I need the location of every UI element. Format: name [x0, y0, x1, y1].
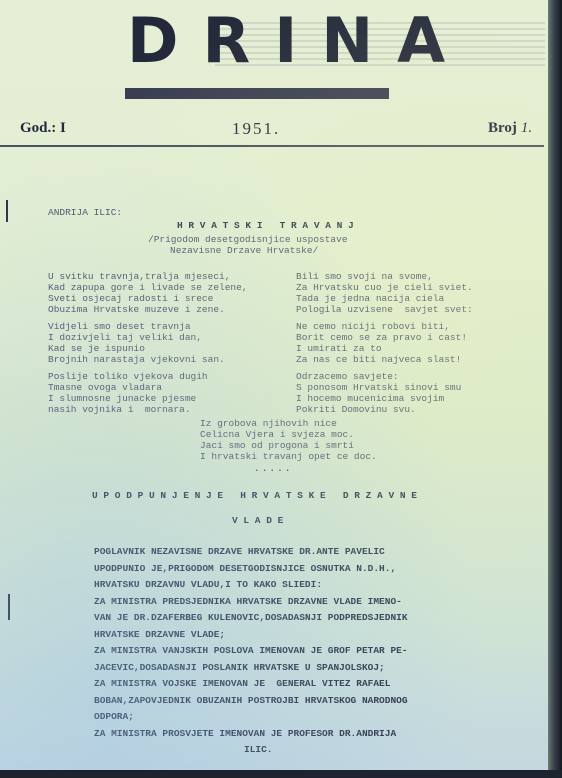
- poem-line: Borit cemo se za pravo i cast!: [296, 332, 473, 343]
- poem-line: I umirati za to: [296, 343, 473, 354]
- article-line: HRVATSKU DRZAVNU VLADU,I TO KAKO SLIEDI:: [94, 577, 408, 594]
- article-line: ZA MINISTRA VANJSKIH POSLOVA IMENOVAN JE…: [94, 643, 408, 660]
- poem-line: Brojnih narastaja vjekovni san.: [48, 354, 248, 365]
- poem-line: Tada je jedna nacija ciela: [296, 293, 473, 304]
- poem-line: Kad zapupa gore i livade se zelene,: [48, 282, 248, 293]
- article-line: ZA MINISTRA VOJSKE IMENOVAN JE GENERAL V…: [94, 676, 408, 693]
- volume-label: God.: I: [20, 120, 66, 137]
- article-heading-line2: V L A D E: [232, 515, 283, 526]
- poem-line: Bili smo svoji na svome,: [296, 271, 473, 282]
- separator-dots: .....: [254, 463, 293, 474]
- stanza: Odrzacemo savjete:S ponosom Hrvatski sin…: [296, 371, 473, 415]
- poem-line: Poslije toliko vjekova dugih: [48, 371, 248, 382]
- article-line: JACEVIC,DOSADASNJI POSLANIK HRVATSKE U S…: [94, 660, 408, 677]
- poem-line: I dozivjeli taj veliki dan,: [48, 332, 248, 343]
- stanza: Vidjeli smo deset travnjaI dozivjeli taj…: [48, 321, 248, 365]
- issue-year: 1951.: [232, 119, 280, 139]
- poem-author: ANDRIJA ILIC:: [48, 207, 122, 218]
- poem-subtitle-line1: /Prigodom desetgodisnjice uspostave: [148, 234, 348, 245]
- poem-line: S ponosom Hrvatski sinovi smu: [296, 382, 473, 393]
- poem-line: Ne cemo niciji robovi biti,: [296, 321, 473, 332]
- poem-line: I slumnosne junacke pjesme: [48, 393, 248, 404]
- poem-title: H R V A T S K I T R A V A N J: [177, 220, 354, 231]
- article-line: ILIC.: [94, 742, 408, 759]
- article-line: UPODPUNIO JE,PRIGODOM DESETGODISNJICE OS…: [94, 561, 408, 578]
- poem-line: Iz grobova njihovih nice: [200, 418, 377, 429]
- poem-left-column: U svitku travnja,tralja mjeseci,Kad zapu…: [48, 271, 248, 415]
- stanza: Poslije toliko vjekova dugihTmasne ovoga…: [48, 371, 248, 415]
- poem-closing-stanza: Iz grobova njihovih niceCelicna Vjera i …: [200, 418, 377, 462]
- margin-mark: [6, 200, 8, 222]
- poem-line: Obuzima Hrvatske muzeve i zene.: [48, 304, 248, 315]
- issue-label: Broj: [488, 120, 517, 136]
- article-line: POGLAVNIK NEZAVISNE DRZAVE HRVATSKE DR.A…: [94, 544, 408, 561]
- masthead: DRINA God.: I 1951. Broj1.: [0, 0, 548, 150]
- poem-line: Vidjeli smo deset travnja: [48, 321, 248, 332]
- poem-line: I hocemo mucenicima svojim: [296, 393, 473, 404]
- issue-number: Broj1.: [488, 120, 532, 137]
- page-edge-shadow: [548, 0, 562, 778]
- article-line: ODPORA;: [94, 709, 408, 726]
- poem-subtitle-line2: Nezavisne Drzave Hrvatske/: [170, 245, 318, 256]
- article-line: ZA MINISTRA PREDSJEDNIKA HRVATSKE DRZAVN…: [94, 594, 408, 611]
- poem-line: Sveti osjecaj radosti i srece: [48, 293, 248, 304]
- issue-number-value: 1.: [521, 120, 532, 136]
- article-line: BOBAN,ZAPOVJEDNIK OBUZANIH POSTROJBI HRV…: [94, 693, 408, 710]
- title-underline: [125, 88, 389, 99]
- article-line: HRVATSKE DRZAVNE VLADE;: [94, 627, 408, 644]
- poem-right-column: Bili smo svoji na svome,Za Hrvatsku cuo …: [296, 271, 473, 415]
- poem-line: Za Hrvatsku cuo je cieli sviet.: [296, 282, 473, 293]
- newspaper-title: DRINA: [127, 6, 427, 76]
- margin-mark: [8, 594, 10, 620]
- header-divider: [0, 145, 544, 147]
- page-bottom-shadow: [0, 770, 562, 778]
- article-heading-line1: U P O D P U N J E N J E H R V A T S K E …: [92, 490, 417, 501]
- poem-line: Pologila uzvisene savjet svet:: [296, 304, 473, 315]
- stanza: U svitku travnja,tralja mjeseci,Kad zapu…: [48, 271, 248, 315]
- poem-line: Jaci smo od progona i smrti: [200, 440, 377, 451]
- stanza: Bili smo svoji na svome,Za Hrvatsku cuo …: [296, 271, 473, 315]
- article-body: POGLAVNIK NEZAVISNE DRZAVE HRVATSKE DR.A…: [94, 544, 408, 759]
- poem-line: I hrvatski travanj opet ce doc.: [200, 451, 377, 462]
- poem-line: Kad se je ispunio: [48, 343, 248, 354]
- stanza: Iz grobova njihovih niceCelicna Vjera i …: [200, 418, 377, 462]
- poem-line: Pokriti Domovinu svu.: [296, 404, 473, 415]
- poem-line: Celicna Vjera i svjeza moc.: [200, 429, 377, 440]
- article-line: VAN JE DR.DZAFERBEG KULENOVIC,DOSADASNJI…: [94, 610, 408, 627]
- article-line: ZA MINISTRA PROSVJETE IMENOVAN JE PROFES…: [94, 726, 408, 743]
- poem-line: Za nas ce biti najveca slast!: [296, 354, 473, 365]
- poem-line: Odrzacemo savjete:: [296, 371, 473, 382]
- poem-line: Tmasne ovoga vladara: [48, 382, 248, 393]
- stanza: Ne cemo niciji robovi biti,Borit cemo se…: [296, 321, 473, 365]
- poem-line: U svitku travnja,tralja mjeseci,: [48, 271, 248, 282]
- newspaper-page: DRINA God.: I 1951. Broj1. ANDRIJA ILIC:…: [0, 0, 548, 770]
- poem-line: nasih vojnika i mornara.: [48, 404, 248, 415]
